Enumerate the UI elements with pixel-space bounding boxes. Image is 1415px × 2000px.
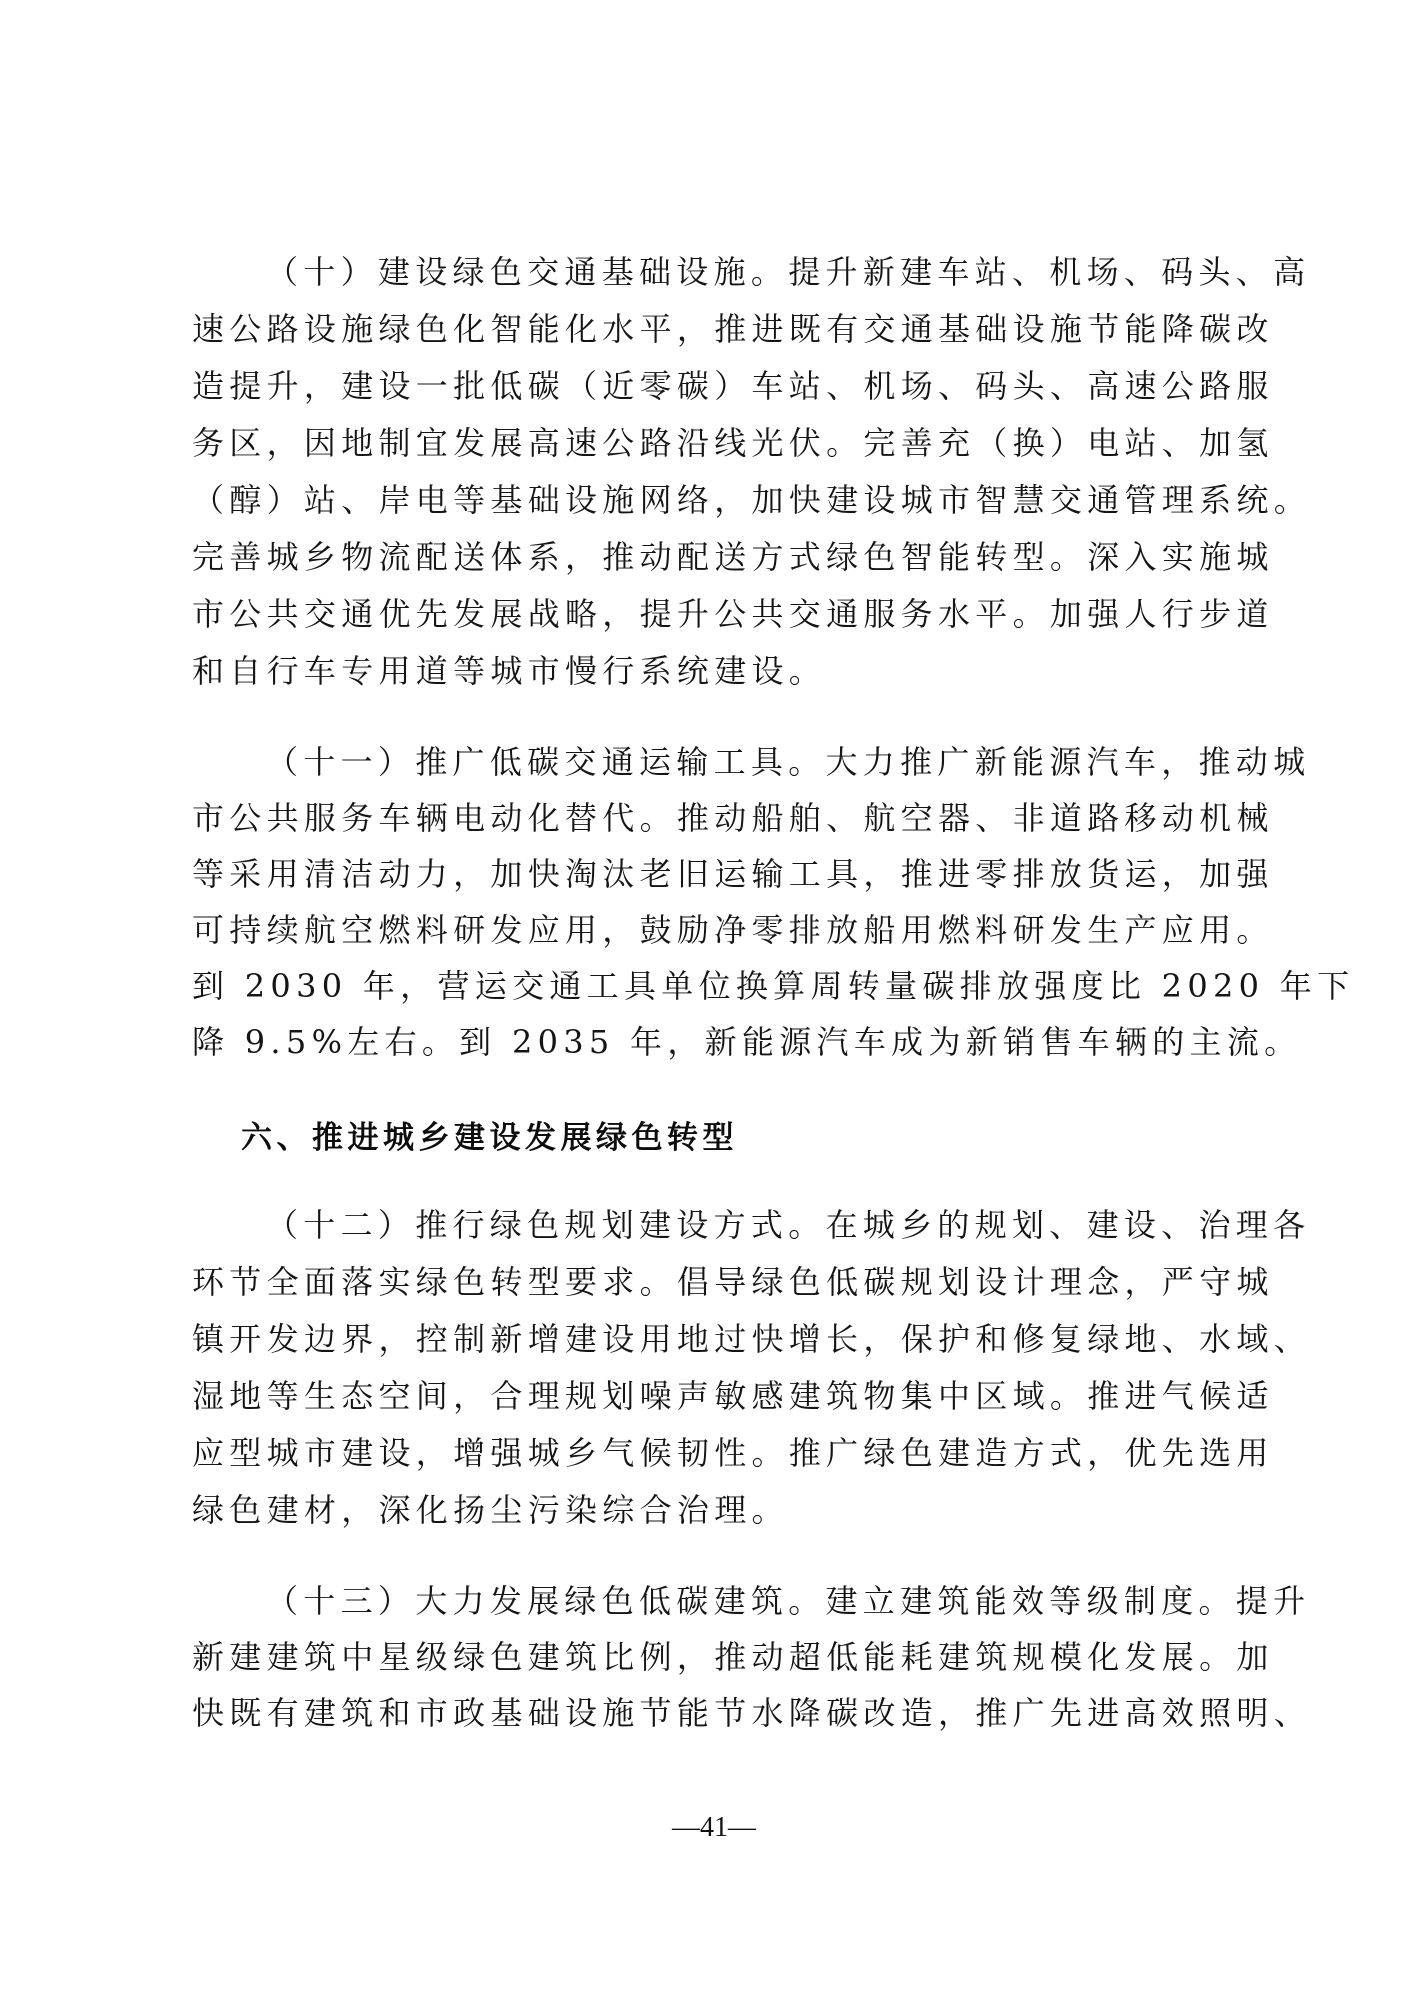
paragraph-line: 和自行车专用道等城市慢行系统建设。 [192, 643, 1252, 700]
paragraph-line: 市公共服务车辆电动化替代。推动船舶、航空器、非道路移动机械 [192, 790, 1252, 847]
paragraph-line: （醇）站、岸电等基础设施网络，加快建设城市智慧交通管理系统。 [192, 472, 1252, 529]
paragraph-line: 绿色建材，深化扬尘污染综合治理。 [192, 1482, 1252, 1539]
paragraph-line: （十二）推行绿色规划建设方式。在城乡的规划、建设、治理各 [266, 1197, 1326, 1254]
paragraph-line: 环节全面落实绿色转型要求。倡导绿色低碳规划设计理念，严守城 [192, 1254, 1252, 1311]
paragraph-line: 镇开发边界，控制新增建设用地过快增长，保护和修复绿地、水域、 [192, 1311, 1252, 1368]
paragraph-line: （十三）大力发展绿色低碳建筑。建立建筑能效等级制度。提升 [266, 1573, 1326, 1630]
paragraph-line: 等采用清洁动力，加快淘汰老旧运输工具，推进零排放货运，加强 [192, 846, 1252, 903]
paragraph-line: 快既有建筑和市政基础设施节能节水降碳改造，推广先进高效照明、 [192, 1685, 1252, 1742]
paragraph-line: 市公共交通优先发展战略，提升公共交通服务水平。加强人行步道 [192, 586, 1252, 643]
paragraph-line: 湿地等生态空间，合理规划噪声敏感建筑物集中区域。推进气候适 [192, 1368, 1252, 1425]
page-number: —41— [0, 1810, 1415, 1846]
paragraph-line: 到 2030 年，营运交通工具单位换算周转量碳排放强度比 2020 年下 [192, 958, 1252, 1015]
section-heading: 六、推进城乡建设发展绿色转型 [241, 1110, 738, 1167]
paragraph-line: 造提升，建设一批低碳（近零碳）车站、机场、码头、高速公路服 [192, 358, 1252, 415]
paragraph-line: 应型城市建设，增强城乡气候韧性。推广绿色建造方式，优先选用 [192, 1425, 1252, 1482]
paragraph-line: 速公路设施绿色化智能化水平，推进既有交通基础设施节能降碳改 [192, 301, 1252, 358]
paragraph-line: 降 9.5%左右。到 2035 年，新能源汽车成为新销售车辆的主流。 [192, 1014, 1252, 1071]
document-page: （十）建设绿色交通基础设施。提升新建车站、机场、码头、高 速公路设施绿色化智能化… [0, 0, 1415, 2000]
paragraph-line: 完善城乡物流配送体系，推动配送方式绿色智能转型。深入实施城 [192, 529, 1252, 586]
paragraph-line: （十）建设绿色交通基础设施。提升新建车站、机场、码头、高 [266, 244, 1326, 301]
paragraph-line: （十一）推广低碳交通运输工具。大力推广新能源汽车，推动城 [266, 734, 1326, 791]
paragraph-line: 新建建筑中星级绿色建筑比例，推动超低能耗建筑规模化发展。加 [192, 1629, 1252, 1686]
paragraph-line: 务区，因地制宜发展高速公路沿线光伏。完善充（换）电站、加氢 [192, 415, 1252, 472]
paragraph-line: 可持续航空燃料研发应用，鼓励净零排放船用燃料研发生产应用。 [192, 902, 1252, 959]
